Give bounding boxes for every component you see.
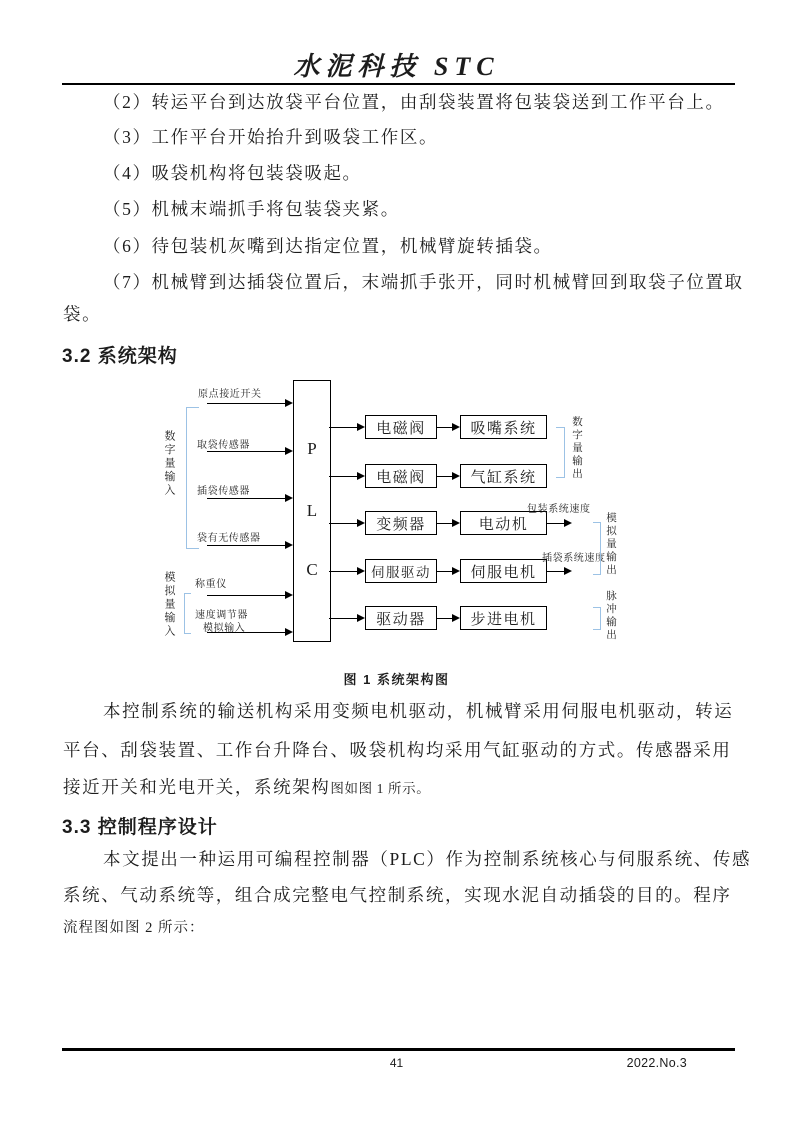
- input-arrow-line: [207, 595, 286, 596]
- paragraph-segment-small: 图如图 1 所示。: [330, 781, 430, 796]
- input-label-weighing-instrument: 称重仪: [195, 575, 227, 590]
- section-heading-3-3: 3.3 控制程序设计: [62, 812, 218, 839]
- paragraph-line: 本控制系统的输送机构采用变频电机驱动，机械臂采用伺服电机驱动，转运: [63, 701, 783, 721]
- section-heading-3-2: 3.2 系统架构: [62, 341, 178, 368]
- paragraph-line: 接近开关和光电开关，系统架构图如图 1 所示。: [63, 777, 743, 797]
- step-line-4: （4）吸袋机构将包装袋吸起。: [63, 163, 783, 183]
- speed-label-packing-system: 包装系统速度: [527, 500, 591, 515]
- output-arrow-line: [547, 571, 564, 572]
- driver-arrow-line: [437, 618, 452, 619]
- plc-output-arrow-line: [329, 476, 357, 477]
- input-label-origin-proximity-switch: 原点接近开关: [198, 385, 262, 400]
- paragraph-segment: 接近开关和光电开关，系统架构: [63, 777, 330, 797]
- driver-box-servo-drive: 伺服驱动: [365, 559, 437, 583]
- plc-output-arrow-line: [329, 618, 357, 619]
- paragraph-line: 系统、气动系统等，组合成完整电气控制系统，实现水泥自动插袋的目的。程序: [63, 885, 743, 905]
- driver-arrow-line: [437, 571, 452, 572]
- input-arrow-line: [207, 498, 286, 499]
- input-label-bag-pick-sensor: 取袋传感器: [197, 436, 250, 451]
- driver-arrowhead: [452, 423, 460, 431]
- driver-arrowhead: [452, 567, 460, 575]
- plc-output-arrowhead: [357, 614, 365, 622]
- input-arrow-line: [207, 632, 286, 633]
- paragraph-line: 本文提出一种运用可编程控制器（PLC）作为控制系统核心与伺服系统、传感: [63, 849, 783, 869]
- paragraph-line: 平台、刮袋装置、工作台升降台、吸袋机构均采用气缸驱动的方式。传感器采用: [63, 740, 743, 760]
- driver-arrowhead: [452, 519, 460, 527]
- input-arrowhead: [285, 494, 293, 502]
- driver-box-stepper-driver: 驱动器: [365, 606, 437, 630]
- input-arrowhead: [285, 447, 293, 455]
- digital-output-group-label: 数字量输出: [569, 416, 583, 481]
- plc-output-arrow-line: [329, 523, 357, 524]
- plc-letter-p: P: [293, 439, 331, 459]
- driver-arrowhead: [452, 472, 460, 480]
- actuator-box-stepper-motor: 步进电机: [460, 606, 547, 630]
- step-line-2: （2）转运平台到达放袋平台位置，由刮袋装置将包装袋送到工作平台上。: [63, 92, 783, 112]
- plc-letter-c: C: [293, 560, 331, 580]
- output-arrowhead: [564, 567, 572, 575]
- issue-number: 2022.No.3: [627, 1056, 687, 1070]
- plc-output-arrowhead: [357, 519, 365, 527]
- digital-input-bracket: [186, 407, 199, 549]
- input-arrow-line: [207, 545, 286, 546]
- driver-box-frequency-converter: 变频器: [365, 511, 437, 535]
- output-arrow-line: [547, 523, 564, 524]
- driver-arrow-line: [437, 476, 452, 477]
- input-label-bag-presence-sensor: 袋有无传感器: [197, 529, 261, 544]
- input-arrow-line: [207, 403, 286, 404]
- analog-input-bracket: [184, 593, 191, 634]
- analog-input-group-label: 模拟量输入: [162, 571, 176, 639]
- footer-rule: [62, 1048, 735, 1051]
- driver-arrow-line: [437, 427, 452, 428]
- paragraph-line: 流程图如图 2 所示：: [63, 920, 743, 937]
- figure-caption: 图 1 系统架构图: [0, 669, 793, 688]
- plc-output-arrowhead: [357, 472, 365, 480]
- driver-box-solenoid-valve-1: 电磁阀: [365, 415, 437, 439]
- input-arrowhead: [285, 541, 293, 549]
- pulse-output-group-label: 脉冲输出: [603, 590, 617, 642]
- plc-output-arrowhead: [357, 567, 365, 575]
- step-line-6: （6）待包装机灰嘴到达指定位置，机械臂旋转插袋。: [63, 236, 783, 256]
- actuator-box-suction-nozzle-system: 吸嘴系统: [460, 415, 547, 439]
- plc-output-arrowhead: [357, 423, 365, 431]
- plc-output-arrow-line: [329, 571, 357, 572]
- step-line-5: （5）机械末端抓手将包装袋夹紧。: [63, 199, 783, 219]
- actuator-box-cylinder-system: 气缸系统: [460, 464, 547, 488]
- driver-arrow-line: [437, 523, 452, 524]
- document-page: 水泥科技 STC （2）转运平台到达放袋平台位置，由刮袋装置将包装袋送到工作平台…: [0, 0, 793, 1122]
- plc-output-arrow-line: [329, 427, 357, 428]
- step-line-7-wrap: 袋。: [63, 304, 743, 324]
- journal-title: 水泥科技 STC: [0, 46, 793, 83]
- input-arrowhead: [285, 399, 293, 407]
- header-rule: [62, 83, 735, 85]
- pulse-output-bracket: [593, 607, 601, 630]
- input-arrowhead: [285, 591, 293, 599]
- driver-box-solenoid-valve-2: 电磁阀: [365, 464, 437, 488]
- plc-letter-l: L: [293, 501, 331, 521]
- digital-output-bracket: [556, 427, 565, 478]
- actuator-box-servo-motor: 伺服电机: [460, 559, 547, 583]
- input-label-bag-insert-sensor: 插袋传感器: [197, 482, 250, 497]
- output-arrowhead: [564, 519, 572, 527]
- system-architecture-diagram: 数字量输入 模拟量输入 原点接近开关 取袋传感器 插袋传感器 袋有无传感器 称重…: [150, 375, 650, 662]
- driver-arrowhead: [452, 614, 460, 622]
- analog-output-group-label: 模拟量输出: [603, 512, 617, 577]
- input-arrow-line: [207, 451, 286, 452]
- input-arrowhead: [285, 628, 293, 636]
- analog-output-bracket: [593, 522, 601, 575]
- digital-input-group-label: 数字量输入: [162, 430, 176, 498]
- step-line-7: （7）机械臂到达插袋位置后，末端抓手张开，同时机械臂回到取袋子位置取: [63, 272, 783, 292]
- step-line-3: （3）工作平台开始抬升到吸袋工作区。: [63, 127, 783, 147]
